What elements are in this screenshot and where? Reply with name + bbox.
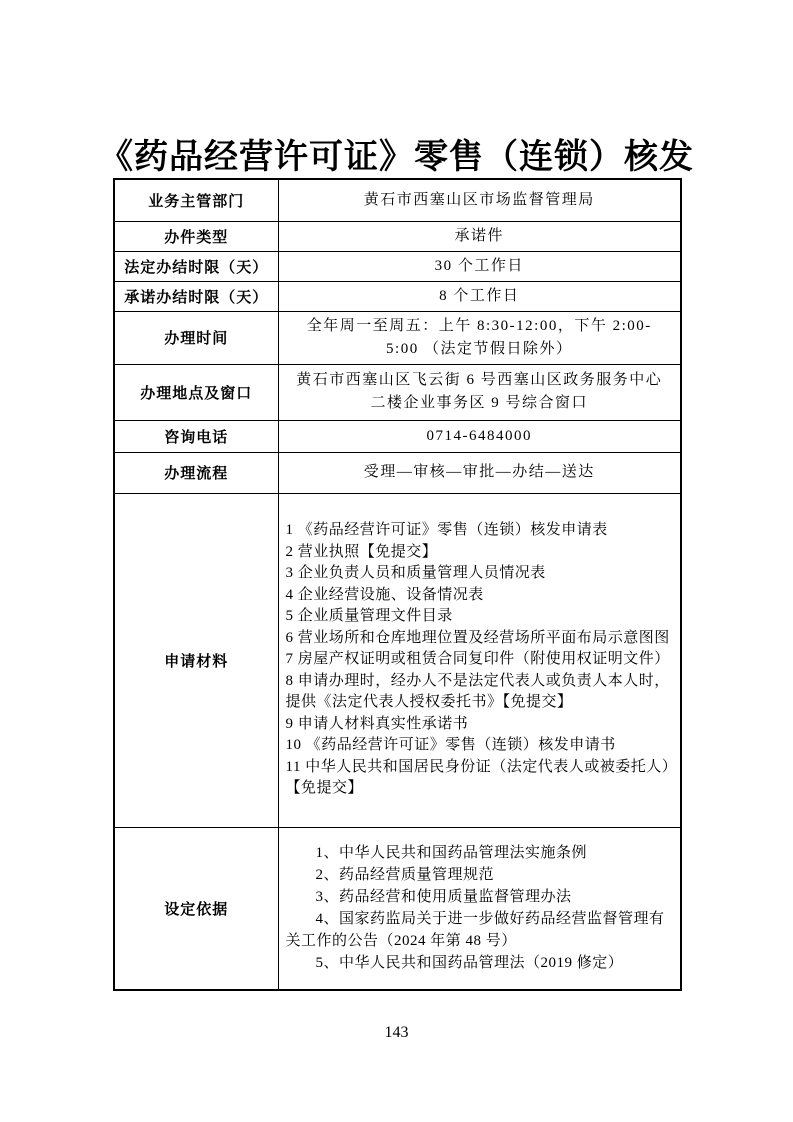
label-application-materials: 申请材料 — [114, 493, 278, 827]
label-consultation-phone: 咨询电话 — [114, 420, 278, 452]
page-title: 《药品经营许可证》零售（连锁）核发 — [0, 129, 793, 178]
value-handling-time: 全年周一至周五：上午 8:30-12:00，下午 2:00-5:00 （法定节假… — [278, 311, 681, 364]
label-handling-process: 办理流程 — [114, 452, 278, 493]
material-item: 6 营业场所和仓库地理位置及经营场所平面布局示意图图 — [286, 628, 673, 650]
material-item: 11 中华人民共和国居民身份证（法定代表人或被委托人）【免提交】 — [286, 757, 673, 800]
service-info-table: 业务主管部门 黄石市西塞山区市场监督管理局 办件类型 承诺件 法定办结时限（天）… — [113, 178, 682, 991]
label-handling-time: 办理时间 — [114, 311, 278, 364]
value-consultation-phone: 0714-6484000 — [278, 420, 681, 452]
value-item-type: 承诺件 — [278, 221, 681, 251]
basis-item: 4、国家药监局关于进一步做好药品经营监督管理有关工作的公告（2024 年第 48… — [286, 908, 673, 952]
table-row: 办理时间 全年周一至周五：上午 8:30-12:00，下午 2:00-5:00 … — [114, 311, 681, 364]
basis-item: 2、药品经营质量管理规范 — [286, 864, 673, 886]
material-item: 5 企业质量管理文件目录 — [286, 606, 673, 628]
material-item: 3 企业负责人员和质量管理人员情况表 — [286, 563, 673, 585]
setting-basis-list: 1、中华人民共和国药品管理法实施条例 2、药品经营质量管理规范 3、药品经营和使… — [278, 827, 681, 990]
label-handling-location: 办理地点及窗口 — [114, 364, 278, 420]
material-item: 9 申请人材料真实性承诺书 — [286, 714, 673, 736]
table-row: 法定办结时限（天） 30 个工作日 — [114, 251, 681, 281]
value-statutory-time-limit: 30 个工作日 — [278, 251, 681, 281]
basis-item: 5、中华人民共和国药品管理法（2019 修定） — [286, 952, 673, 974]
material-item: 10 《药品经营许可证》零售（连锁）核发申请书 — [286, 735, 673, 757]
material-item: 2 营业执照【免提交】 — [286, 542, 673, 564]
table-row: 业务主管部门 黄石市西塞山区市场监督管理局 — [114, 179, 681, 221]
application-materials-list: 1 《药品经营许可证》零售（连锁）核发申请表 2 营业执照【免提交】 3 企业负… — [278, 493, 681, 827]
page-number: 143 — [0, 1024, 793, 1042]
table-row: 办理流程 受理—审核—审批—办结—送达 — [114, 452, 681, 493]
label-promised-time-limit: 承诺办结时限（天） — [114, 281, 278, 311]
label-statutory-time-limit: 法定办结时限（天） — [114, 251, 278, 281]
label-setting-basis: 设定依据 — [114, 827, 278, 990]
value-handling-process: 受理—审核—审批—办结—送达 — [278, 452, 681, 493]
label-item-type: 办件类型 — [114, 221, 278, 251]
value-handling-location: 黄石市西塞山区飞云街 6 号西塞山区政务服务中心二楼企业事务区 9 号综合窗口 — [278, 364, 681, 420]
value-supervising-department: 黄石市西塞山区市场监督管理局 — [278, 179, 681, 221]
table-row: 设定依据 1、中华人民共和国药品管理法实施条例 2、药品经营质量管理规范 3、药… — [114, 827, 681, 990]
table-row: 承诺办结时限（天） 8 个工作日 — [114, 281, 681, 311]
basis-item: 3、药品经营和使用质量监督管理办法 — [286, 886, 673, 908]
table-row: 办件类型 承诺件 — [114, 221, 681, 251]
material-item: 1 《药品经营许可证》零售（连锁）核发申请表 — [286, 520, 673, 542]
material-item: 4 企业经营设施、设备情况表 — [286, 585, 673, 607]
material-item: 7 房屋产权证明或租赁合同复印件（附使用权证明文件） — [286, 649, 673, 671]
material-item: 8 申请办理时，经办人不是法定代表人或负责人本人时，提供《法定代表人授权委托书》… — [286, 671, 673, 714]
label-supervising-department: 业务主管部门 — [114, 179, 278, 221]
table-row: 申请材料 1 《药品经营许可证》零售（连锁）核发申请表 2 营业执照【免提交】 … — [114, 493, 681, 827]
value-promised-time-limit: 8 个工作日 — [278, 281, 681, 311]
table-row: 咨询电话 0714-6484000 — [114, 420, 681, 452]
table-row: 办理地点及窗口 黄石市西塞山区飞云街 6 号西塞山区政务服务中心二楼企业事务区 … — [114, 364, 681, 420]
basis-item: 1、中华人民共和国药品管理法实施条例 — [286, 842, 673, 864]
